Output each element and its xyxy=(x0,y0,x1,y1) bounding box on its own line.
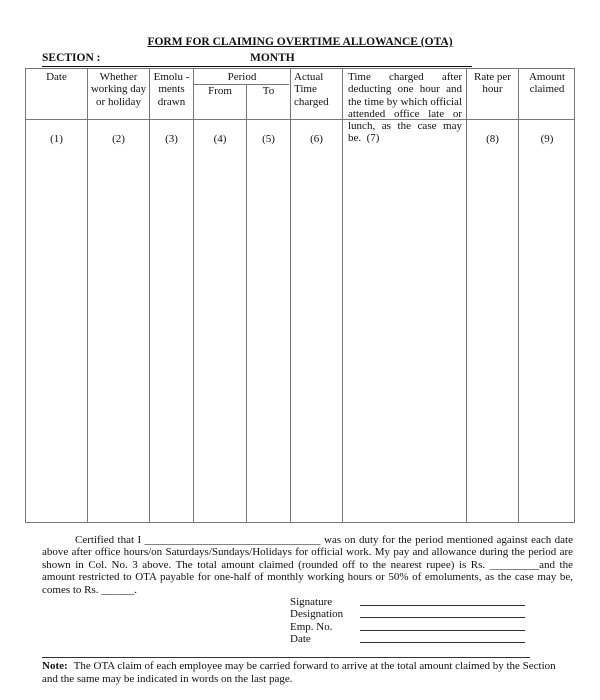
ota-table: Date Whether working day or holiday Emol… xyxy=(25,68,575,523)
header-emoluments: Emolu -ments drawn xyxy=(150,71,193,108)
header-actual-time: Actual Time charged xyxy=(294,71,342,108)
header-amount: Amount claimed xyxy=(519,71,575,96)
col-num-8: (8) xyxy=(467,133,518,145)
designation-field[interactable]: Designation xyxy=(290,608,530,620)
header-bottom-rule xyxy=(26,119,574,120)
section-label: SECTION : xyxy=(42,52,100,64)
date-field[interactable]: Date xyxy=(290,633,530,645)
form-title: FORM FOR CLAIMING OVERTIME ALLOWANCE (OT… xyxy=(0,36,600,48)
header-time-charged-num: (7) xyxy=(367,132,380,144)
section-month-row: SECTION : MONTH xyxy=(42,52,472,67)
col-num-3: (3) xyxy=(150,133,193,145)
signature-field[interactable]: Signature xyxy=(290,596,530,608)
header-working-day: Whether working day or holiday xyxy=(88,71,149,108)
note: Note:The OTA claim of each employee may … xyxy=(42,660,562,685)
header-from: From xyxy=(194,85,246,97)
col-num-4: (4) xyxy=(194,133,246,145)
signature-label: Signature xyxy=(290,596,332,608)
emp-no-line xyxy=(360,630,525,631)
signature-line xyxy=(360,605,525,606)
col-divider xyxy=(342,69,343,522)
header-date: Date xyxy=(26,71,87,83)
header-to: To xyxy=(247,85,290,97)
designation-label: Designation xyxy=(290,608,343,620)
header-time-charged: Time charged after deducting one hour an… xyxy=(348,71,462,145)
col-num-5: (5) xyxy=(247,133,290,145)
header-rate: Rate per hour xyxy=(467,71,518,96)
col-num-9: (9) xyxy=(519,133,575,145)
emp-no-label: Emp. No. xyxy=(290,621,332,633)
note-label: Note: xyxy=(42,660,68,672)
note-divider xyxy=(42,657,530,658)
designation-line xyxy=(360,617,525,618)
emp-no-field[interactable]: Emp. No. xyxy=(290,621,530,633)
header-time-charged-text: Time charged after deducting one hour an… xyxy=(348,71,462,144)
col-num-2: (2) xyxy=(88,133,149,145)
certification-paragraph: Certified that I _______________________… xyxy=(42,534,573,596)
date-line xyxy=(360,642,525,643)
col-divider xyxy=(246,84,247,522)
note-text: The OTA claim of each employee may be ca… xyxy=(42,660,556,685)
date-label: Date xyxy=(290,633,311,645)
header-period: Period xyxy=(194,71,290,83)
certification-text: Certified that I _______________________… xyxy=(42,534,573,596)
col-num-6: (6) xyxy=(291,133,342,145)
col-num-1: (1) xyxy=(26,133,87,145)
month-label: MONTH xyxy=(250,52,295,64)
signature-block: Signature Designation Emp. No. Date xyxy=(290,596,530,645)
